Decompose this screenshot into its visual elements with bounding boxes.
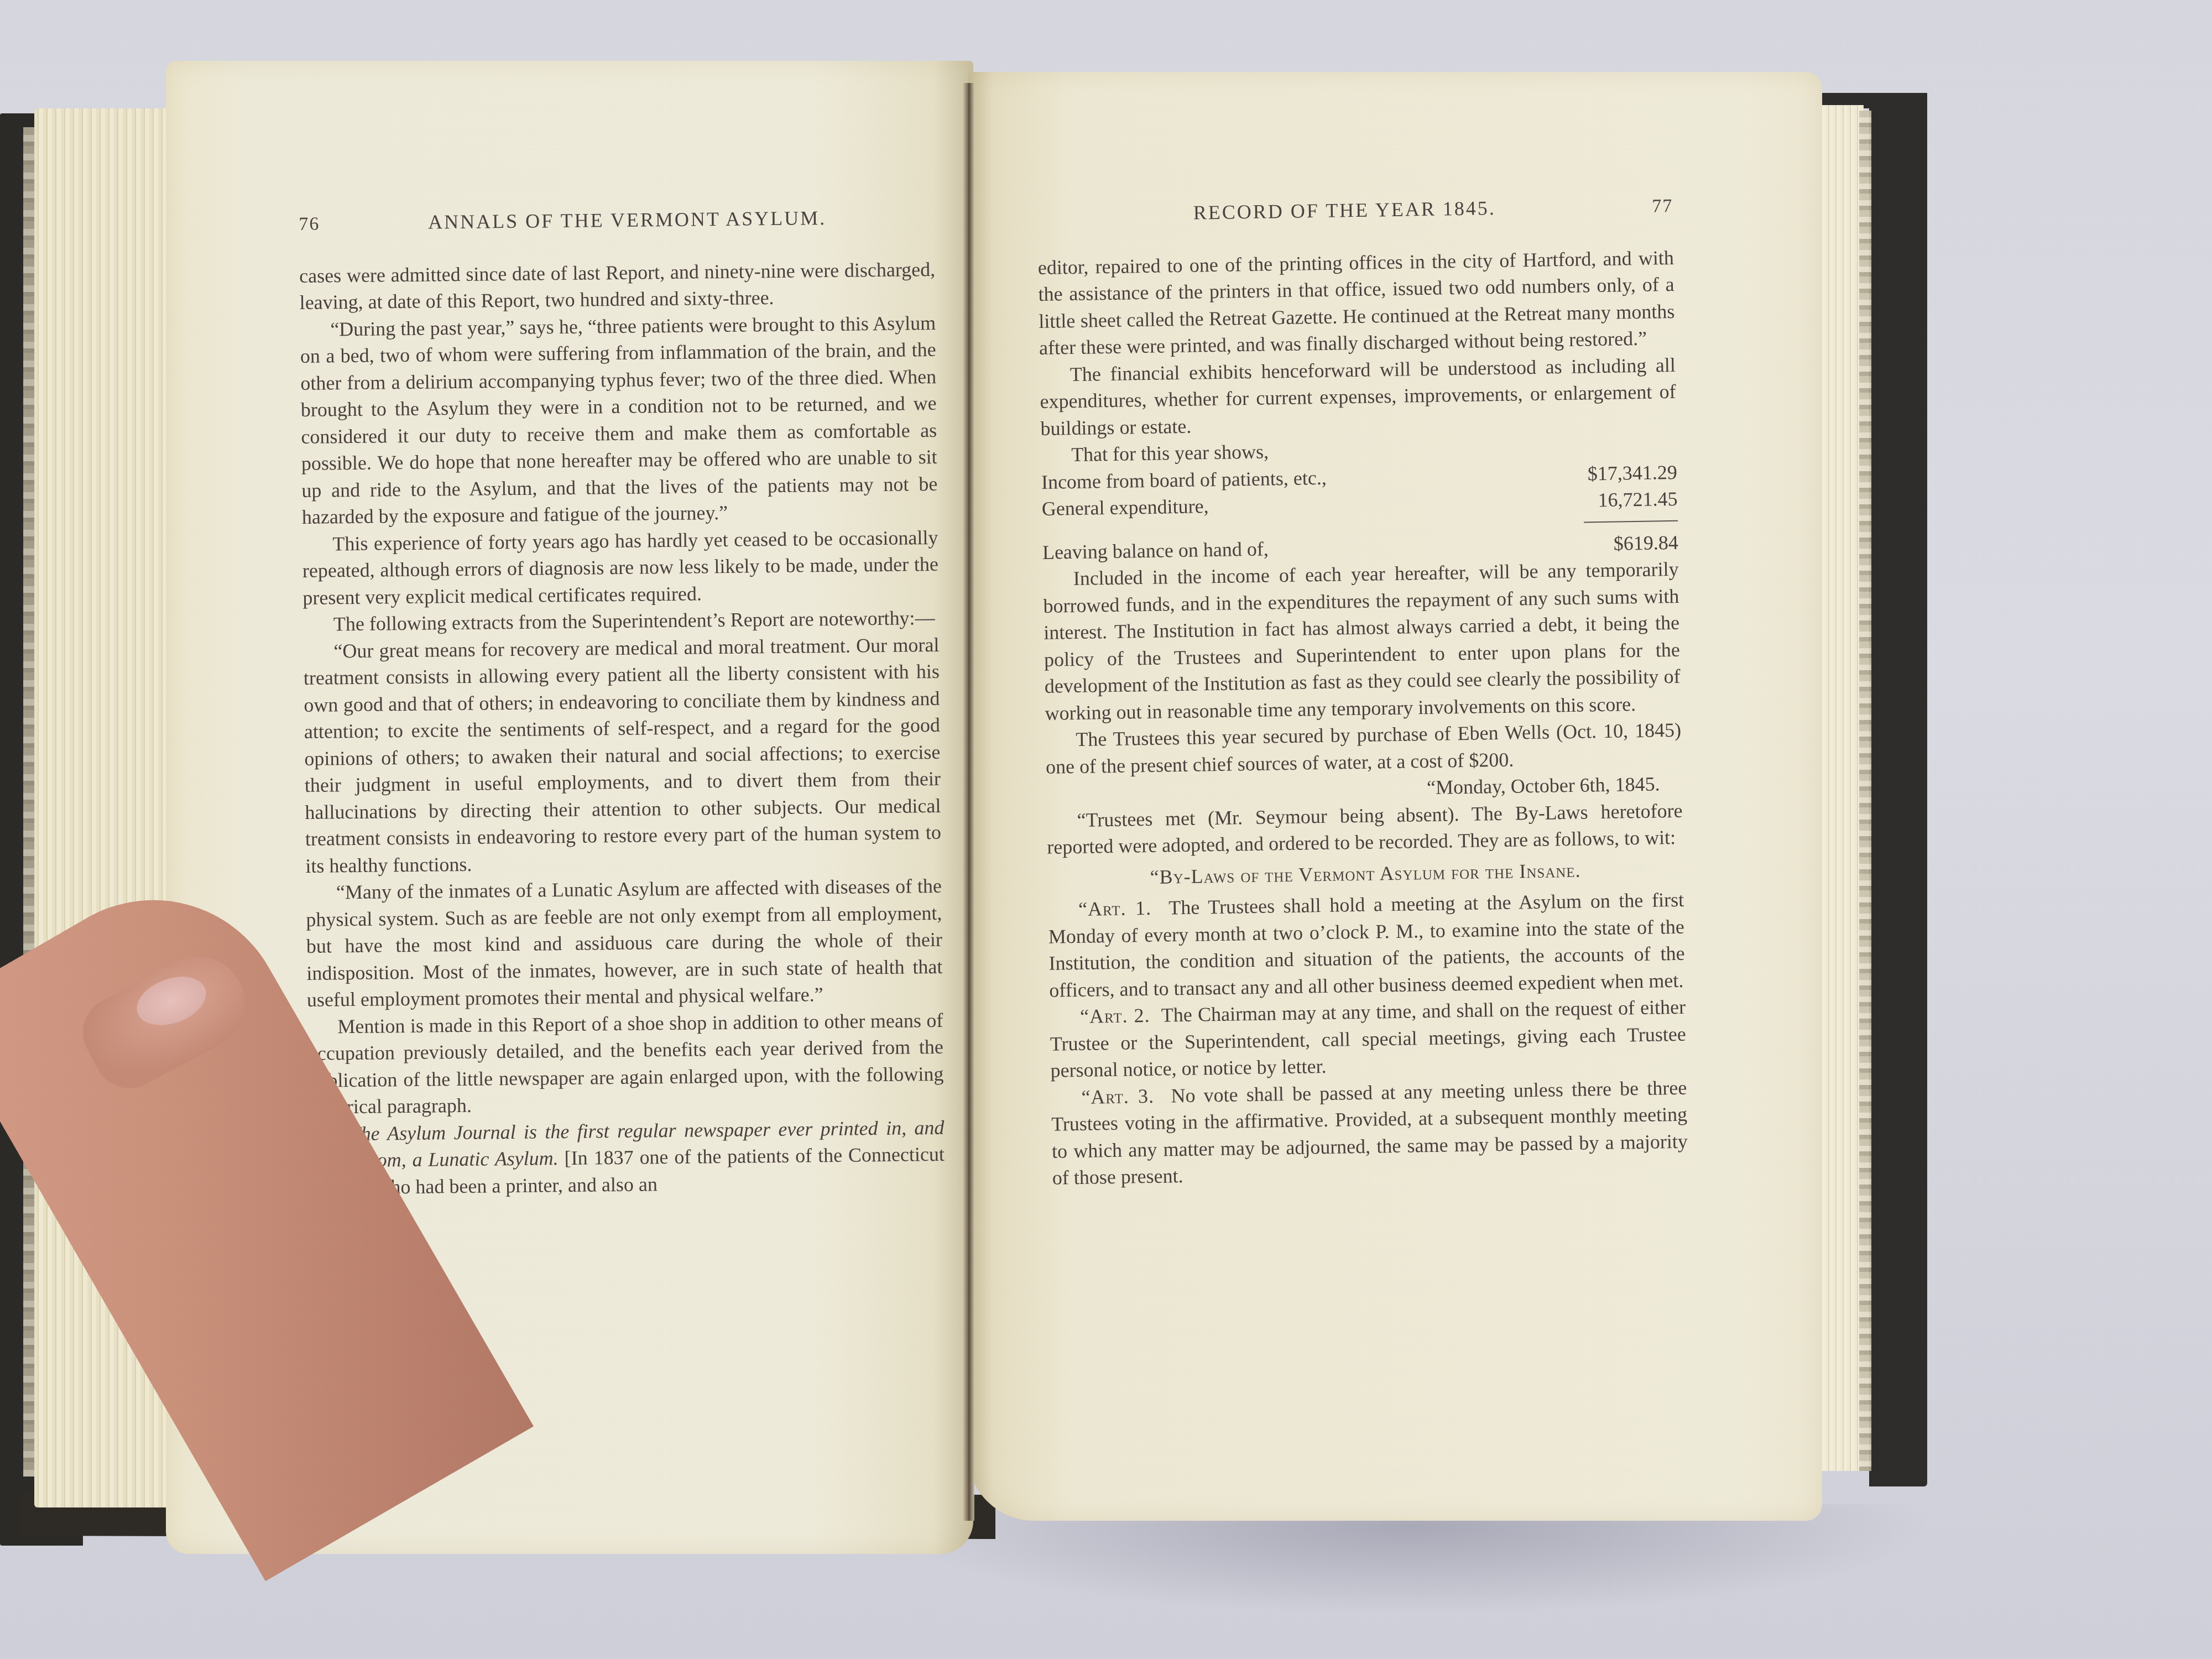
paragraph: Mention is made in this Report of a shoe… bbox=[307, 1006, 944, 1120]
book-shadow bbox=[885, 1504, 1936, 1615]
paragraph: This experience of forty years ago has h… bbox=[302, 524, 938, 611]
book-photo: 76 ANNALS OF THE VERMONT ASYLUM. cases w… bbox=[0, 0, 2212, 1659]
article-3: “Art. 3. No vote shall be passed at any … bbox=[1051, 1074, 1688, 1191]
paragraph: The Trustees this year secured by purcha… bbox=[1045, 717, 1682, 780]
marbled-endpaper-left bbox=[23, 127, 35, 1477]
balance-label: Leaving balance on hand of, bbox=[1042, 535, 1269, 566]
article-label: “Art. 2. bbox=[1080, 1004, 1150, 1027]
paragraph: “Many of the inmates of a Lunatic Asylum… bbox=[306, 873, 943, 1014]
article-label: “Art. 1. bbox=[1078, 897, 1152, 920]
financial-amount: 16,721.45 bbox=[1598, 486, 1678, 514]
book-cover-right bbox=[1869, 93, 1927, 1486]
paragraph-journal: “The Asylum Journal is the first regular… bbox=[308, 1114, 945, 1201]
page-number-right: 77 bbox=[1652, 193, 1673, 220]
article-2: “Art. 2. The Chairman may at any time, a… bbox=[1050, 994, 1687, 1084]
article-label: “Art. 3. bbox=[1081, 1084, 1154, 1108]
financial-label: Income from board of patients, etc., bbox=[1041, 464, 1327, 495]
paragraph: Included in the income of each year here… bbox=[1042, 556, 1681, 727]
left-running-title: ANNALS OF THE VERMONT ASYLUM. bbox=[320, 204, 935, 237]
sum-rule bbox=[1584, 520, 1678, 523]
left-page-text: 76 ANNALS OF THE VERMONT ASYLUM. cases w… bbox=[299, 204, 945, 1201]
financial-amount: $17,341.29 bbox=[1587, 458, 1677, 487]
paragraph: editor, repaired to one of the printing … bbox=[1037, 244, 1675, 361]
marbled-endpaper-right bbox=[1859, 111, 1871, 1471]
book-gutter bbox=[962, 83, 974, 1521]
left-running-head: 76 ANNALS OF THE VERMONT ASYLUM. bbox=[299, 204, 935, 238]
minutes-paragraph: “Trustees met (Mr. Seymour being absent)… bbox=[1046, 797, 1683, 860]
paragraph: “Our great means for recovery are medica… bbox=[303, 631, 942, 879]
financial-label: General expenditure, bbox=[1041, 493, 1209, 522]
paragraph: The financial exhibits henceforward will… bbox=[1040, 351, 1677, 442]
balance-amount: $619.84 bbox=[1613, 529, 1678, 556]
financial-table: Income from board of patients, etc., $17… bbox=[1041, 458, 1679, 566]
right-page-text: RECORD OF THE YEAR 1845. 77 editor, repa… bbox=[1037, 192, 1688, 1191]
article-1: “Art. 1. The Trustees shall hold a meeti… bbox=[1048, 886, 1686, 1004]
page-number-left: 76 bbox=[299, 211, 320, 238]
bylaws-heading: “By-Laws of the Vermont Asylum for the I… bbox=[1047, 855, 1684, 892]
paragraph: cases were admitted since date of last R… bbox=[299, 255, 936, 316]
paragraph: “During the past year,” says he, “three … bbox=[300, 309, 938, 530]
